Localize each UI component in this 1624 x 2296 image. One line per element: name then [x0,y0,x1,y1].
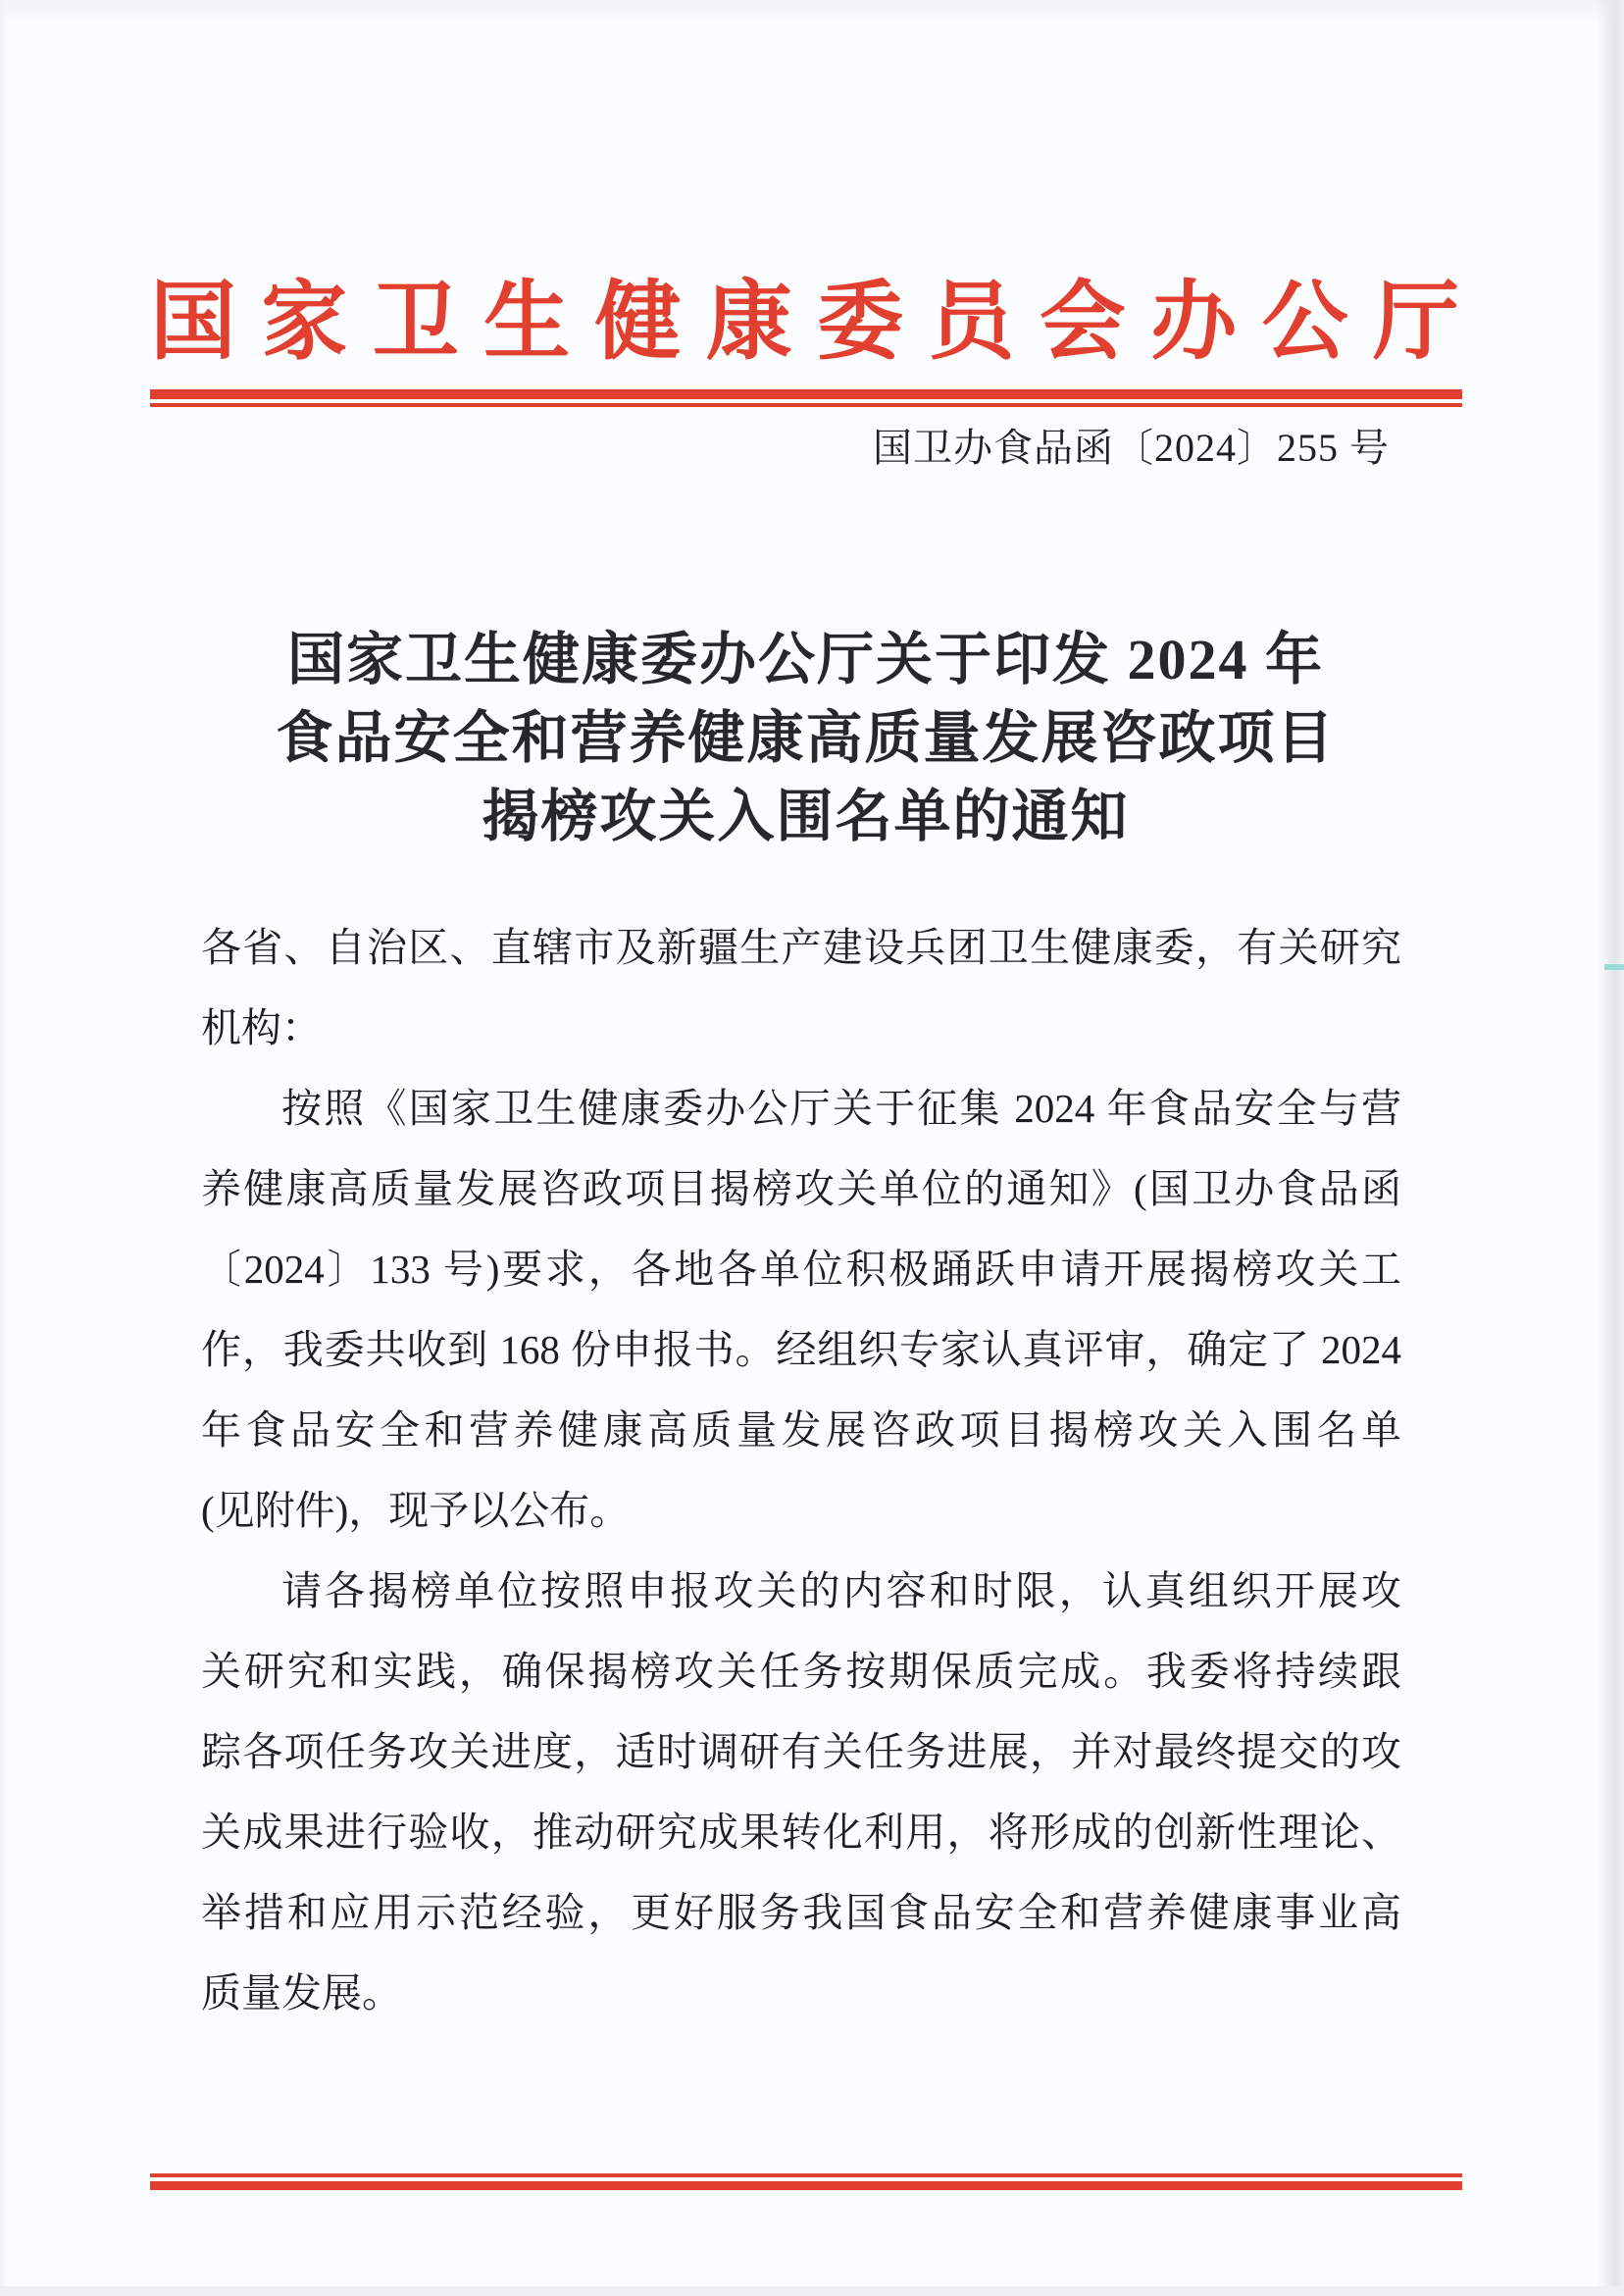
body-line: 养健康高质量发展咨政项目揭榜攻关单位的通知》(国卫办食品函 [201,1148,1401,1229]
notice-title-line-1: 国家卫生健康委办公厅关于印发 2024 年 [150,621,1461,699]
body-line: 质量发展。 [201,1953,1401,2033]
body-line: 请各揭榜单位按照申报攻关的内容和时限，认真组织开展攻 [201,1551,1401,1631]
body-line: 各省、自治区、直辖市及新疆生产建设兵团卫生健康委，有关研究 [201,907,1401,988]
notice-title-line-2: 食品安全和营养健康高质量发展咨政项目 [150,699,1461,778]
body-line: 机构： [201,988,1401,1068]
body-line: 作，我委共收到 168 份申报书。经组织专家认真评审，确定了 2024 [201,1309,1401,1390]
footer-rule-thick [150,2181,1462,2190]
letterhead-rule-thick [150,389,1462,399]
scan-edge-left [0,0,7,2296]
body-line: 年食品安全和营养健康高质量发展咨政项目揭榜攻关入围名单 [201,1390,1401,1470]
notice-body: 各省、自治区、直辖市及新疆生产建设兵团卫生健康委，有关研究 机构： 按照《国家卫… [201,907,1401,2033]
body-line: (见附件)，现予以公布。 [201,1470,1401,1551]
document-number: 国卫办食品函〔2024〕255 号 [873,425,1390,472]
notice-title: 国家卫生健康委办公厅关于印发 2024 年 食品安全和营养健康高质量发展咨政项目… [150,621,1461,856]
document-page: 国家卫生健康委员会办公厅 国卫办食品函〔2024〕255 号 国家卫生健康委办公… [0,0,1624,2296]
letterhead-agency-title: 国家卫生健康委员会办公厅 [150,265,1461,383]
scan-edge-top [0,0,1624,26]
body-line: 按照《国家卫生健康委办公厅关于征集 2024 年食品安全与营 [201,1068,1401,1148]
letterhead-rule-thin [150,403,1462,407]
body-line: 〔2024〕133 号)要求，各地各单位积极踊跃申请开展揭榜攻关工 [201,1229,1401,1309]
notice-title-line-3: 揭榜攻关入围名单的通知 [150,778,1461,856]
body-line: 举措和应用示范经验，更好服务我国食品安全和营养健康事业高 [201,1872,1401,1953]
body-line: 关研究和实践，确保揭榜攻关任务按期保质完成。我委将持续跟 [201,1631,1401,1711]
scan-edge-right [1597,0,1624,2296]
body-line: 关成果进行验收，推动研究成果转化利用，将形成的创新性理论、 [201,1792,1401,1872]
scan-artifact-mark [1604,964,1624,970]
footer-rule-thin [150,2173,1462,2177]
scan-edge-bottom [0,2286,1624,2296]
body-line: 踪各项任务攻关进度，适时调研有关任务进展，并对最终提交的攻 [201,1711,1401,1792]
